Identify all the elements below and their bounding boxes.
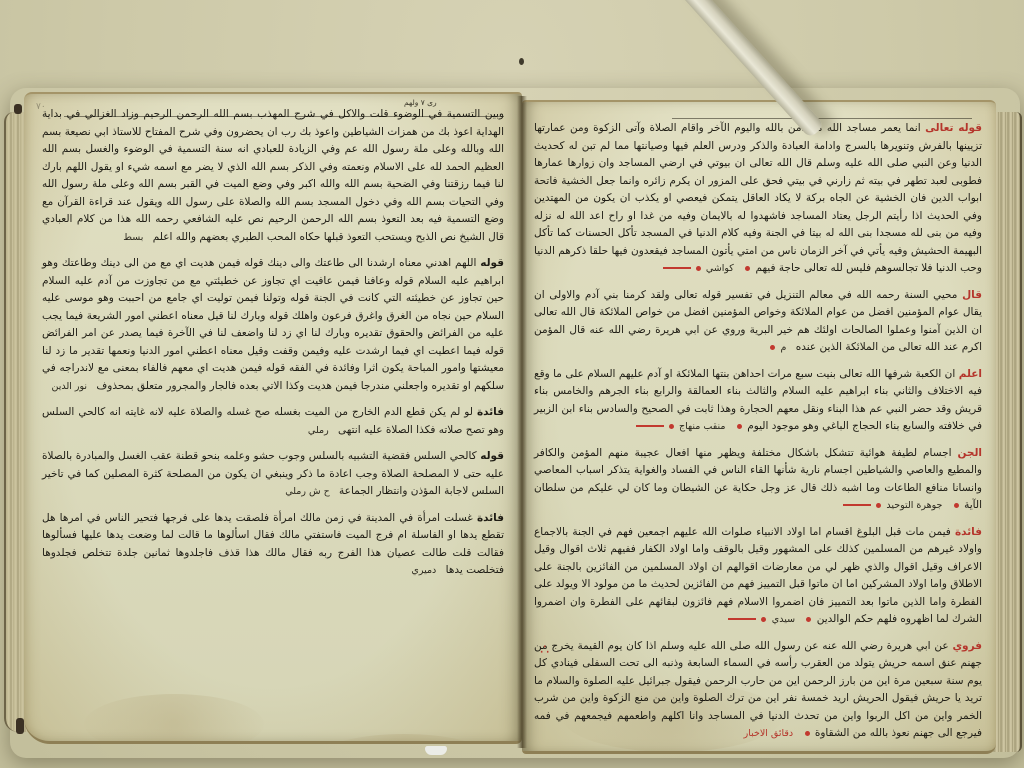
section-heading: فروي: [952, 640, 982, 652]
background-spot: [519, 58, 524, 65]
section-source: بسط: [123, 232, 143, 243]
section-heading: قوله: [480, 257, 504, 269]
red-dot-icon: [761, 617, 766, 622]
text-section: فائدة لو لم يكن قطع الدم الخارج من الميت…: [42, 404, 504, 439]
section-heading: قوله تعالى: [925, 122, 982, 134]
corner-damage: [14, 104, 22, 114]
text-section: فائدة فيمن مات قبل البلوغ اقسام اما اولا…: [534, 524, 982, 629]
section-source: سيدي: [772, 614, 795, 625]
section-body: كالحي السلس فقضية التشبيه بالسلس وجوب حش…: [42, 450, 504, 497]
section-heading: الجن: [957, 447, 982, 459]
section-heading: قوله: [480, 450, 504, 462]
section-heading: اعلم: [959, 368, 982, 380]
text-section: وبين التسمية في الوضوء قلت والاكل في شرح…: [42, 106, 504, 246]
section-source: ح ش رملي: [285, 486, 330, 497]
red-dash-icon: [636, 425, 664, 427]
section-source: دقائق الاخبار: [744, 728, 794, 739]
text-section: الجن اجسام لطيفة هوائية تتشكل باشكال مخت…: [534, 445, 982, 515]
red-dot-icon: [876, 503, 881, 508]
text-overline: [672, 118, 972, 119]
text-section: قوله اللهم اهدني معناه ارشدنا الى طاعتك …: [42, 255, 504, 395]
red-dot-icon: [669, 424, 674, 429]
section-heading: قال: [962, 289, 982, 301]
red-dot-icon: [805, 731, 810, 736]
manuscript-right-page: قوله تعالى انما يعمر مساجد الله من آمن ب…: [522, 100, 996, 754]
section-body: انما يعمر مساجد الله من آمن بالله واليوم…: [534, 122, 982, 274]
text-section: اعلم ان الكعبة شرفها الله تعالى بنيت سبع…: [534, 366, 982, 436]
section-heading: فائدة: [477, 512, 504, 524]
red-dash-icon: [663, 267, 691, 269]
section-source: م: [780, 342, 786, 353]
section-source: جوهرة التوحيد: [886, 500, 942, 511]
left-page-text: وبين التسمية في الوضوء قلت والاكل في شرح…: [42, 106, 504, 589]
right-page-text: قوله تعالى انما يعمر مساجد الله من آمن ب…: [534, 120, 982, 752]
section-body: فيمن مات قبل البلوغ اقسام اما اولاد الان…: [534, 526, 982, 626]
paper-stain: [84, 694, 264, 744]
red-dot-icon: [696, 266, 701, 271]
text-section: قوله كالحي السلس فقضية التشبيه بالسلس وج…: [42, 448, 504, 501]
red-end-ornament-icon: ∴: [540, 642, 549, 658]
text-section: قال محيي السنة رحمه الله في معالم التنزي…: [534, 287, 982, 357]
page-stack-right: [992, 112, 1022, 752]
section-source: نور الدين: [51, 381, 87, 392]
red-dot-icon: [737, 424, 742, 429]
section-body: اللهم اهدني معناه ارشدنا الى طاعتك والى …: [42, 257, 504, 392]
corner-damage: [16, 718, 24, 734]
section-body: وبين التسمية في الوضوء قلت والاكل في شرح…: [42, 108, 504, 243]
section-body: محيي السنة رحمه الله في معالم التنزيل في…: [534, 289, 982, 354]
section-source: كواشي: [706, 263, 734, 274]
text-section: فائدة غسلت امرأة في المدينة في زمن مالك …: [42, 510, 504, 580]
red-dot-icon: [770, 345, 775, 350]
red-dot-icon: [745, 266, 750, 271]
section-heading: فائدة: [477, 406, 504, 418]
red-dot-icon: [954, 503, 959, 508]
red-dash-icon: [843, 504, 871, 506]
section-heading: فائدة: [955, 526, 982, 538]
text-section: قوله تعالى انما يعمر مساجد الله من آمن ب…: [534, 120, 982, 278]
paper-stain: [324, 734, 484, 744]
paper-scrap: [425, 746, 447, 755]
book-gutter: [517, 96, 527, 748]
section-body: لو لم يكن قطع الدم الخارج من الميت بغسله…: [42, 406, 504, 436]
text-section: فروي عن ابي هريرة رضي الله عنه عن رسول ا…: [534, 638, 982, 743]
section-source: منقب منهاج: [679, 421, 725, 432]
manuscript-left-page: ٧٠ رى ٧ ولهم وبين التسمية في الوضوء قلت …: [24, 92, 522, 744]
section-source: دميري: [411, 565, 436, 576]
red-dot-icon: [806, 617, 811, 622]
section-body: عن ابي هريرة رضي الله عنه عن رسول الله ص…: [534, 640, 982, 740]
section-source: رملي: [308, 425, 329, 436]
section-body: ان الكعبة شرفها الله تعالى بنيت سبع مرات…: [534, 368, 982, 433]
red-dash-icon: [728, 618, 756, 620]
